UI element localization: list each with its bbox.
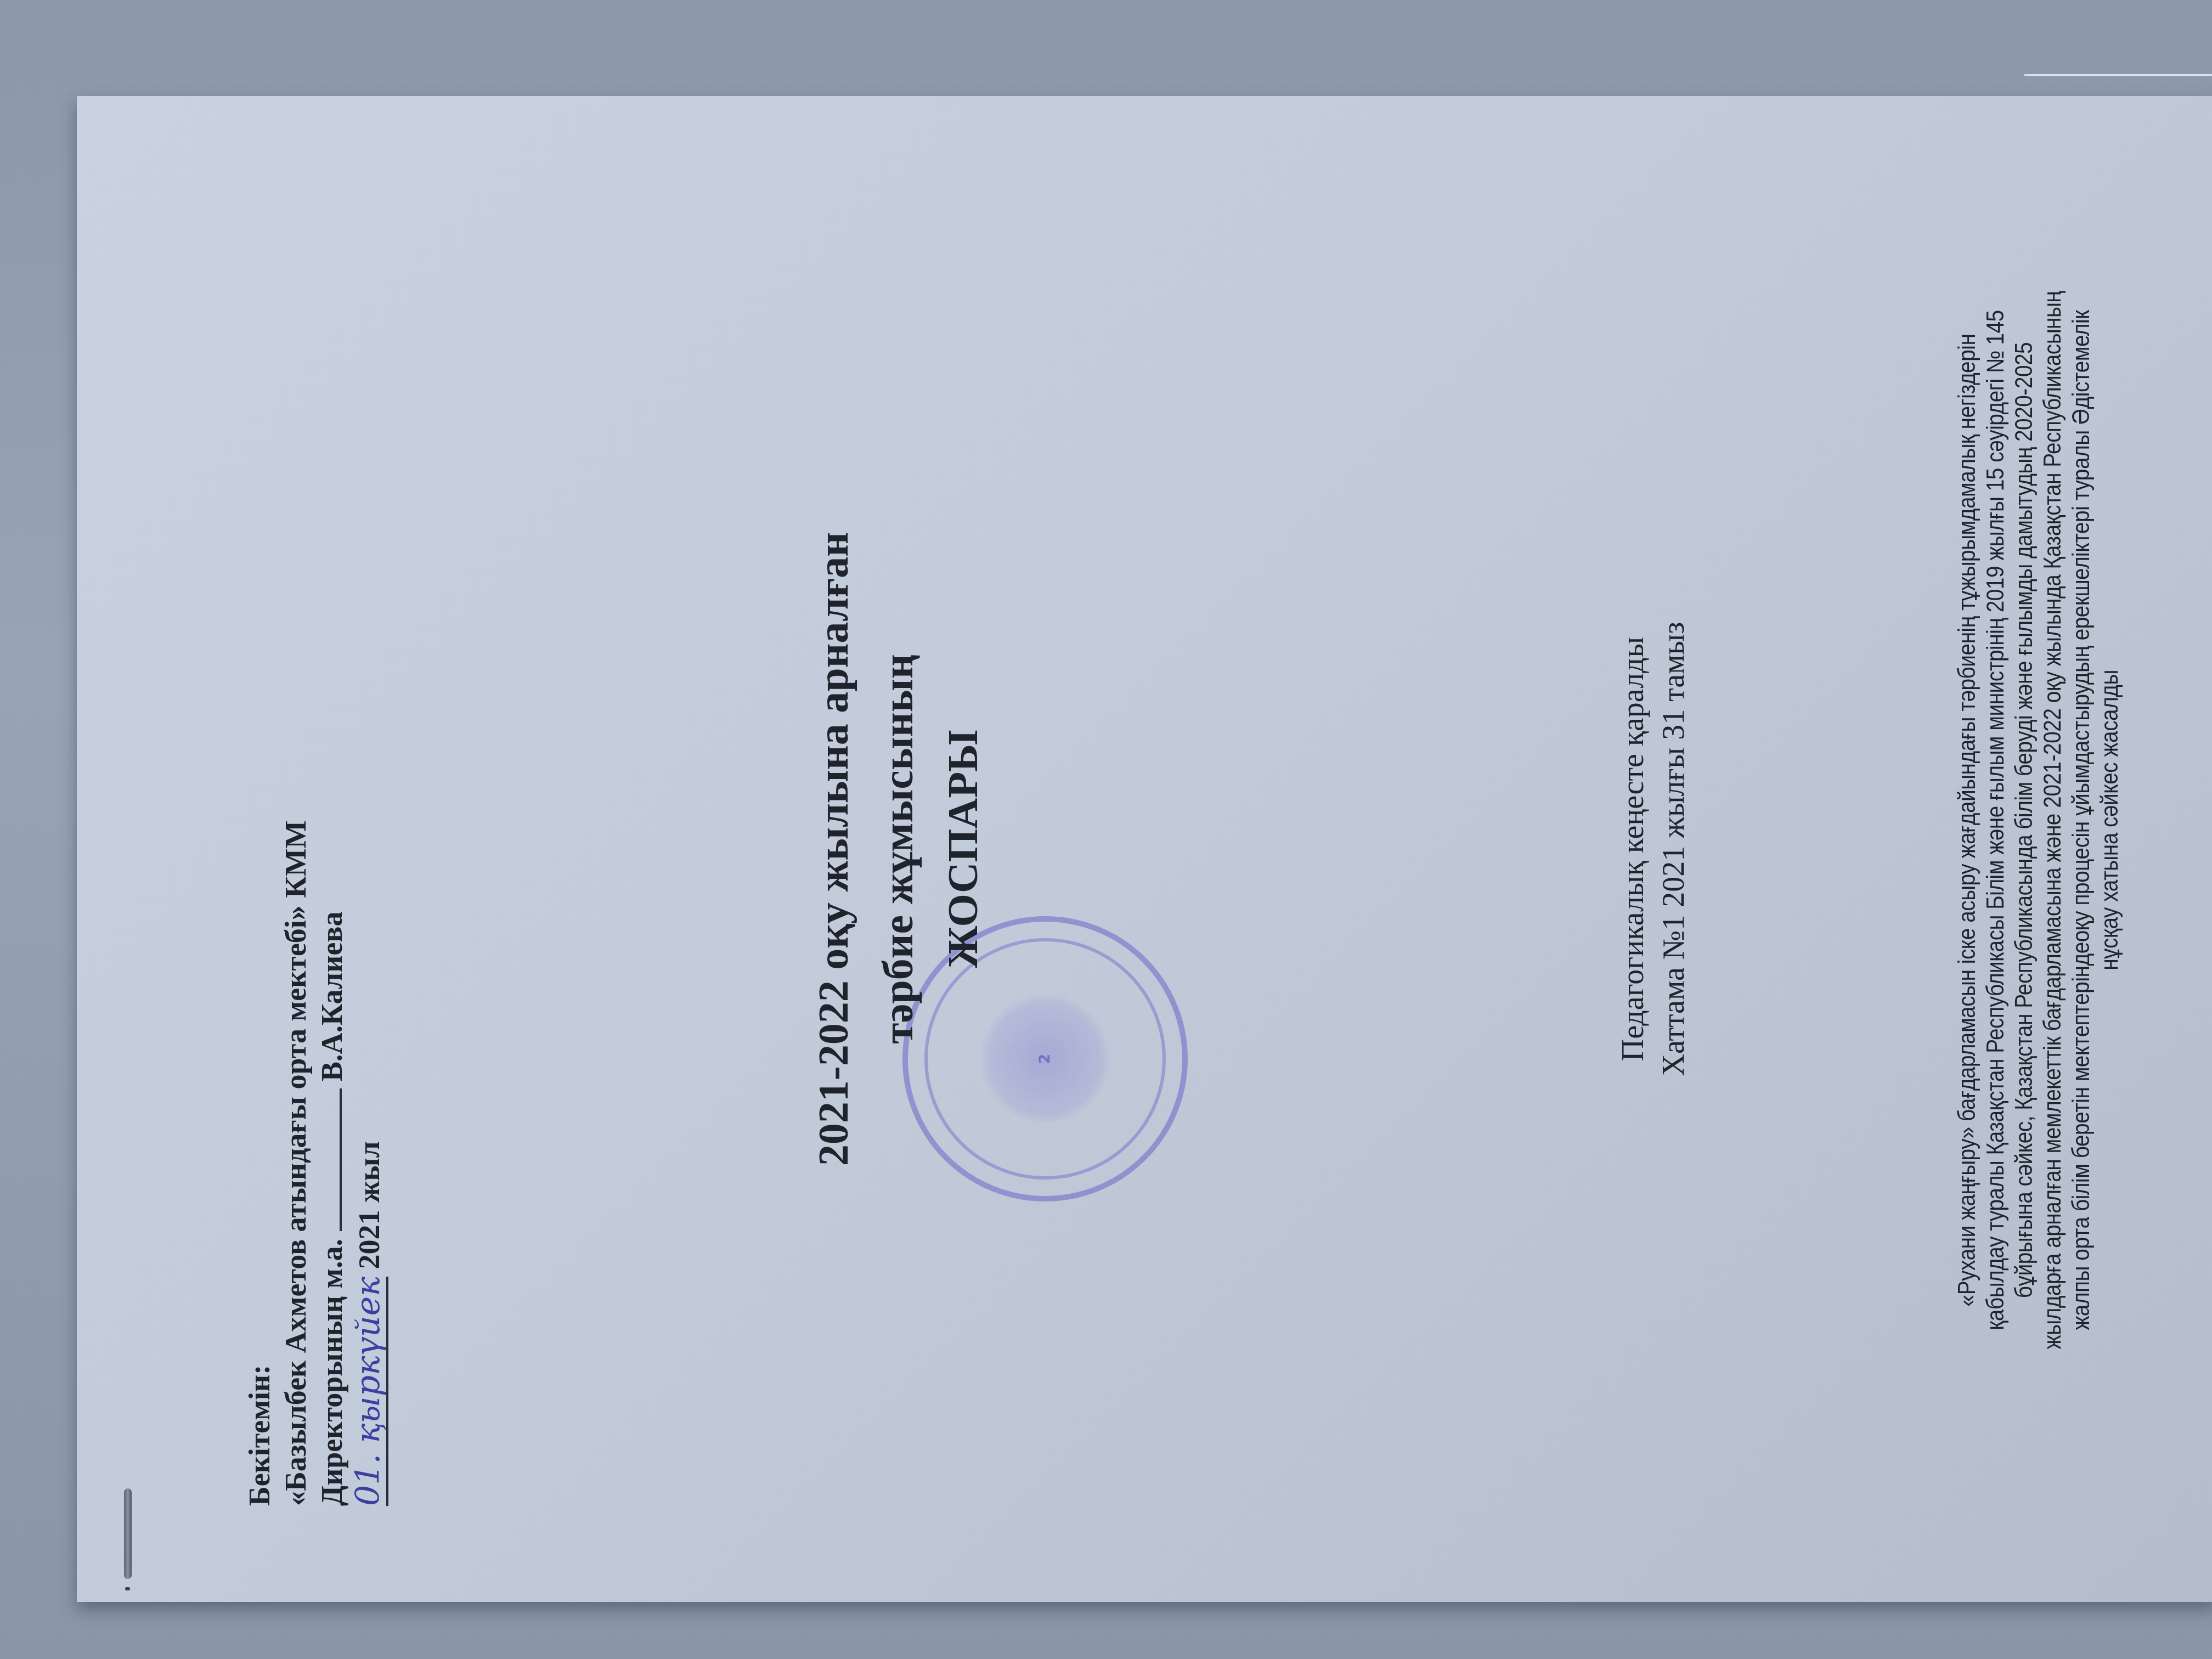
- director-line: Директорының м.а. В.А.Калиева: [314, 821, 350, 1506]
- signature-line: [340, 1088, 342, 1231]
- school-name: «Базылбек Ахметов атындағы орта мектебі»…: [278, 821, 314, 1506]
- paper-fold-line: [2024, 74, 2212, 76]
- note-line: қабылдау туралы Қазақстан Республикасы Б…: [1982, 234, 2010, 1407]
- title-line-1: 2021-2022 оқу жылына арналған: [801, 96, 866, 1602]
- director-label: Директорының м.а.: [315, 1239, 348, 1506]
- note-line: жалпы орта білім беретін мектептеріндеоқ…: [2067, 234, 2096, 1407]
- council-block: Педагогикалық кеңесте қаралды Хаттама №1…: [1613, 96, 1694, 1602]
- note-line: жылдарға арналған мемлекеттік бағдарлама…: [2039, 234, 2067, 1407]
- staple-icon: [124, 1488, 132, 1579]
- director-name: В.А.Калиева: [315, 911, 348, 1081]
- handwritten-date: 01. қыркүйек: [350, 1277, 388, 1506]
- staple-hole: [125, 1587, 130, 1590]
- year-label: 2021 жыл: [353, 1141, 386, 1269]
- page-title: 2021-2022 оқу жылына арналған тәрбие жұм…: [801, 96, 995, 1602]
- note-line: бұйрығына сәйкес, Қазақстан Республикасы…: [2010, 234, 2039, 1407]
- note-line: «Рухани жаңғыру» бағдарламасын іске асыр…: [1953, 234, 1982, 1407]
- date-line: 01. қыркүйек 2021 жыл: [350, 821, 388, 1506]
- stamp-number: 2: [1037, 922, 1053, 1196]
- title-line-3: ЖОСПАРЫ: [930, 96, 995, 1602]
- approval-heading: Бекітемін:: [241, 821, 278, 1506]
- council-line-2: Хаттама №1 2021 жылғы 31 тамыз: [1654, 96, 1694, 1602]
- document-page: Бекітемін: «Базылбек Ахметов атындағы ор…: [77, 96, 2212, 1602]
- rotated-content: Бекітемін: «Базылбек Ахметов атындағы ор…: [77, 96, 2212, 1602]
- note-line: нұсқау хатына сәйкес жасалды: [2096, 234, 2124, 1407]
- title-line-2: тәрбие жұмысының: [866, 96, 930, 1602]
- council-line-1: Педагогикалық кеңесте қаралды: [1613, 96, 1654, 1602]
- basis-note: «Рухани жаңғыру» бағдарламасын іске асыр…: [1953, 234, 2124, 1407]
- approval-block: Бекітемін: «Базылбек Ахметов атындағы ор…: [241, 821, 388, 1506]
